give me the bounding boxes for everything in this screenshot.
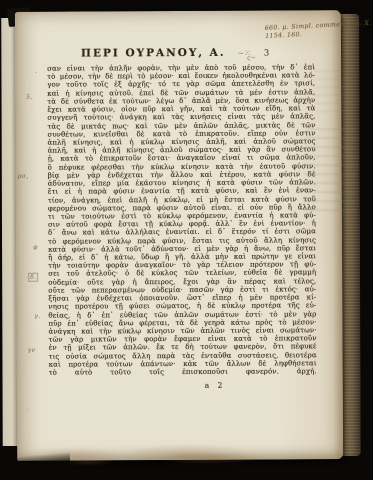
margin-annotation: ϛ~ <box>247 55 256 62</box>
margin-annotations: ·5.ϛ~ρσ,φδ.γ.γν· <box>15 10 343 461</box>
background-shadow <box>0 446 70 480</box>
margin-annotation: γ. <box>34 313 40 320</box>
book-page: ΠΕΡΙ ΟΥΡΑΝΟΥ, Α. ∼⁙ 3 660. μ. Simpl. com… <box>15 10 343 461</box>
margin-annotation: δ. <box>29 274 37 281</box>
margin-annotation: · <box>27 407 29 414</box>
margin-annotation: γν <box>28 347 36 354</box>
photo-frame: ΠΕΡΙ ΟΥΡΑΝΟΥ, Α. ∼⁙ 3 660. μ. Simpl. com… <box>0 0 373 480</box>
margin-annotation: 5. <box>26 94 33 101</box>
margin-annotation: φ <box>33 244 38 251</box>
margin-annotation: ρσ, <box>18 173 29 180</box>
margin-annotation: · <box>35 70 37 77</box>
